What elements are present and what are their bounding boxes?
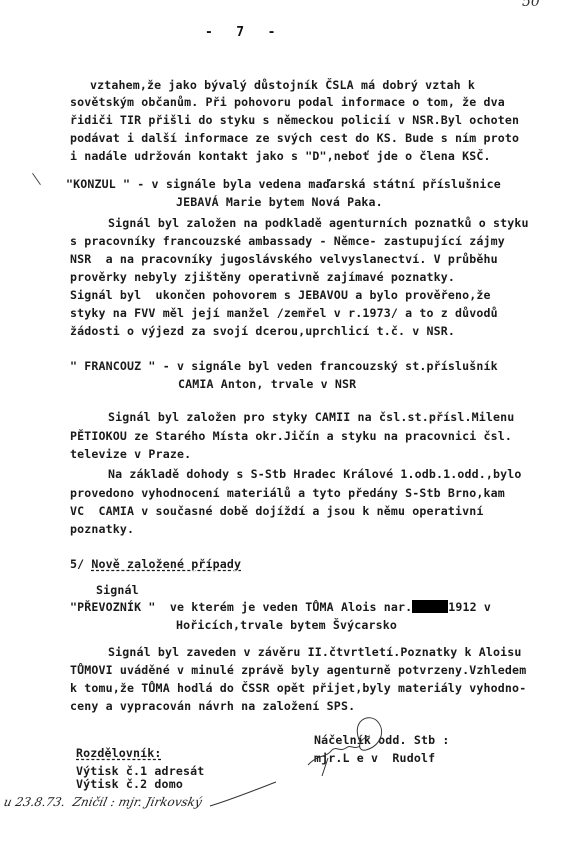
konzul-subject: JEBAVÁ Marie bytem Nová Paka. <box>176 195 383 209</box>
prevoznik-text: "PŘEVOZNÍK " ve kterém je veden TŮMA Alo… <box>70 600 412 614</box>
section-title: Nově založené případy <box>91 557 241 571</box>
paragraph-line: Signál byl zaveden v závěru II.čtvrtletí… <box>108 645 522 659</box>
paragraph-line: provedono vyhodnocení materiálů a tyto p… <box>70 486 505 500</box>
francouz-heading: " FRANCOUZ " - v signále byl veden franc… <box>70 359 498 373</box>
paragraph-line: řidiči TIR přišli do styku s německou po… <box>70 113 519 127</box>
prevoznik-subject: Hořicích,trvale bytem Švýcarsko <box>176 618 397 632</box>
paragraph-line: Signál byl ukončen pohovorem s JEBAVOU a… <box>70 288 491 302</box>
distribution-item: Výtisk č.1 adresát <box>76 764 204 778</box>
konzul-heading: "KONZUL " - v signále byla vedena maďars… <box>66 177 501 191</box>
paragraph-line: Na základě dohody s S-Stb Hradec Králové… <box>108 467 522 481</box>
paragraph-line: TŮMOVI uváděné v minulé zprávě byly agen… <box>70 663 526 677</box>
prevoznik-year: 1912 v <box>448 600 491 614</box>
francouz-subject: CAMIA Anton, trvale v NSR <box>178 377 356 391</box>
distribution-item: Výtisk č.2 domo <box>76 777 183 791</box>
paragraph-line: NSR a na pracovníky jugoslávského velvys… <box>70 252 498 266</box>
distribution-heading: Rozdělovník: <box>76 746 162 760</box>
section-heading: 5/ Nově založené případy <box>70 557 241 571</box>
redaction-block <box>412 600 448 613</box>
paragraph-line: i nadále udržován kontakt jako s "D",neb… <box>70 149 491 163</box>
paragraph-line: PĚTIOKOU ze Starého Místa okr.Jičín a st… <box>70 429 512 443</box>
paragraph-line: žádosti o výjezd za svojí dcerou,uprchli… <box>70 324 455 338</box>
margin-mark <box>32 173 41 185</box>
paragraph-line: k tomu,že TŮMA hodlá do ČSSR opět přijet… <box>70 681 526 695</box>
paragraph-line: sovětským občanům. Při pohovoru podal in… <box>70 95 505 109</box>
prevoznik-heading: "PŘEVOZNÍK " ve kterém je veden TŮMA Alo… <box>70 600 491 614</box>
archive-page-number: 50 <box>522 0 540 10</box>
paragraph-line: s pracovníky francouzské ambassady - Něm… <box>70 234 505 248</box>
paragraph-line: poznatky. <box>70 522 134 536</box>
section-number: 5/ <box>70 557 84 571</box>
document-page: 50 - 7 - vztahem,že jako bývalý důstojní… <box>0 0 584 851</box>
page-number: - 7 - <box>205 25 275 40</box>
paragraph-line: podávat i další informace ze svých cest … <box>70 131 519 145</box>
signature-scribble <box>300 710 410 780</box>
paragraph-line: Signál byl založen na podkladě agenturní… <box>108 216 529 230</box>
paragraph-line: televize v Praze. <box>70 447 191 461</box>
paragraph-line: prověrky nebyly zjištěny operativně zají… <box>70 270 455 284</box>
handwritten-note: u 23.8.73. Zničil : mjr. Jirkovský <box>3 795 204 809</box>
paragraph-line: vztahem,že jako bývalý důstojník ČSLA má… <box>90 78 475 92</box>
handwritten-stroke <box>200 778 280 818</box>
paragraph-line: styky na FVV měl její manžel /zemřel v r… <box>70 306 498 320</box>
signal-label: Signál <box>96 583 139 597</box>
paragraph-line: Signál byl založen pro styky CAMII na čs… <box>108 410 514 424</box>
paragraph-line: VC CAMIA v současné době dojíždí a jsou … <box>70 504 484 518</box>
